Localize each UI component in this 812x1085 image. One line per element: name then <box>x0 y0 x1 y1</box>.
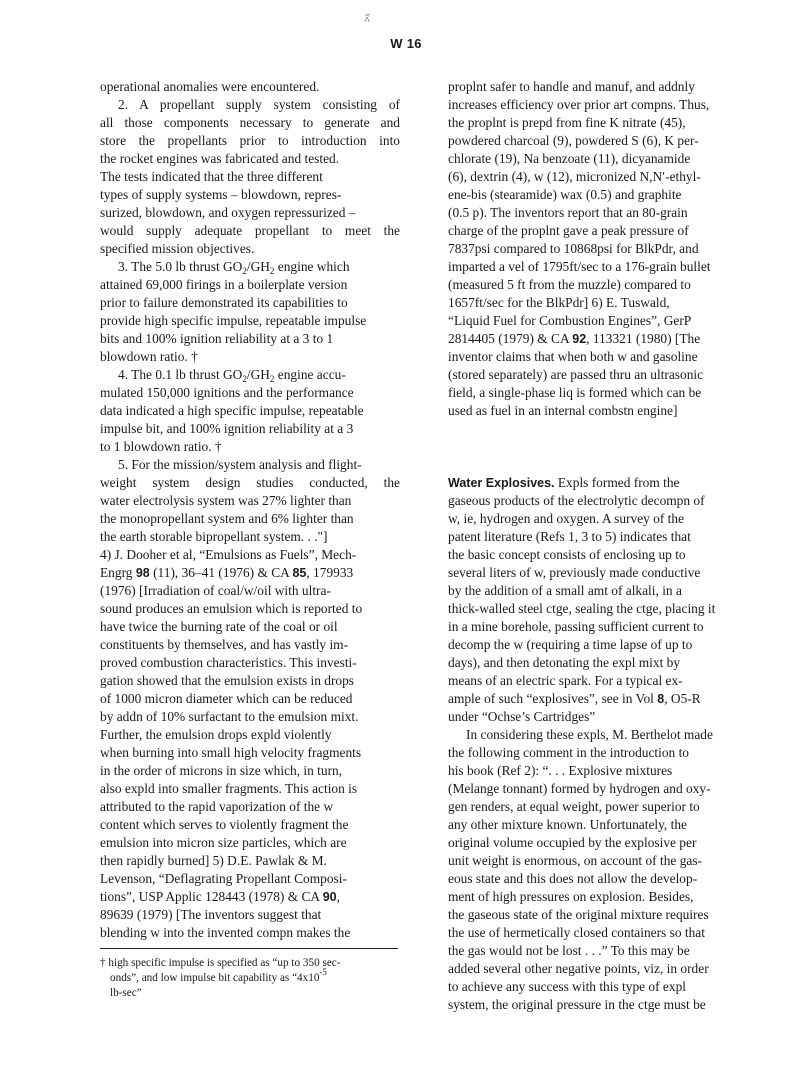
text-line: his book (Ref 2): “. . . Explosive mixtu… <box>448 762 748 780</box>
text-line: added several other negative points, viz… <box>448 960 748 978</box>
text-line: 2814405 (1979) & CA 92, 113321 (1980) [T… <box>448 330 748 348</box>
text-line: charge of the proplnt gave a peak pressu… <box>448 222 748 240</box>
text-line: (6), dextrin (4), w (12), micronized N,N… <box>448 168 748 186</box>
text-line: (stored separately) are passed thru an u… <box>448 366 748 384</box>
text-line: to 1 blowdown ratio. † <box>100 438 400 456</box>
text-line: gaseous products of the electrolytic dec… <box>448 492 748 510</box>
text-line: imparted a vel of 1795ft/sec to a 176-gr… <box>448 258 748 276</box>
text-line: the use of hermetically closed container… <box>448 924 748 942</box>
text-line: the gaseous state of the original mixtur… <box>448 906 748 924</box>
text-line: emulsion into micron size particles, whi… <box>100 834 400 852</box>
text-line: (0.5 p). The inventors report that an 80… <box>448 204 748 222</box>
text-line: the gas would not be lost . . .” To this… <box>448 942 748 960</box>
text-line: types of supply systems – blowdown, repr… <box>100 186 400 204</box>
text-line: bits and 100% ignition reliability at a … <box>100 330 400 348</box>
text-line: 4. The 0.1 lb thrust GO2/GH2 engine accu… <box>100 366 400 384</box>
text-line: blending w into the invented compn makes… <box>100 924 400 942</box>
text-line: chlorate (19), Na benzoate (11), dicyana… <box>448 150 748 168</box>
text-line: “Liquid Fuel for Combustion Engines”, Ge… <box>448 312 748 330</box>
text-line: ment of high pressures on explosion. Bes… <box>448 888 748 906</box>
text-line: decomp the w (requiring a time lapse of … <box>448 636 748 654</box>
text-line: water electrolysis system was 27% lighte… <box>100 492 400 510</box>
text-line: weight system design studies conducted, … <box>100 474 400 492</box>
text-line: sound produces an emulsion which is repo… <box>100 600 400 618</box>
text-line: specified mission objectives. <box>100 240 400 258</box>
text-line: of 1000 micron diameter which can be red… <box>100 690 400 708</box>
footnote-line: † high specific impulse is specified as … <box>100 956 400 971</box>
text-line: the earth storable bipropellant system. … <box>100 528 400 546</box>
reference-4-line: 4) J. Dooher et al, “Emulsions as Fuels”… <box>100 546 400 564</box>
text-line: w, ie, hydrogen and oxygen. A survey of … <box>448 510 748 528</box>
text-line: attributed to the rapid vaporization of … <box>100 798 400 816</box>
text-line: thick-walled steel ctge, sealing the ctg… <box>448 600 748 618</box>
text-line: patent literature (Refs 1, 3 to 5) indic… <box>448 528 748 546</box>
section-title: Water Explosives. <box>448 476 555 490</box>
text-line: (measured 5 ft from the muzzle) compared… <box>448 276 748 294</box>
left-column: operational anomalies were encountered. … <box>100 78 400 942</box>
text-line: provide high specific impulse, repeatabl… <box>100 312 400 330</box>
text-line: the proplnt is prepd from fine K nitrate… <box>448 114 748 132</box>
text-line: the following comment in the introductio… <box>448 744 748 762</box>
text-line: the basic concept consists of enclosing … <box>448 546 748 564</box>
text-line: store the propellants prior to introduct… <box>100 132 400 150</box>
text-line: content which serves to violently fragme… <box>100 816 400 834</box>
text-line: by addn of 10% surfactant to the emulsio… <box>100 708 400 726</box>
text-line: Levenson, “Deflagrating Propellant Compo… <box>100 870 400 888</box>
text-line: gation showed that the emulsion exists i… <box>100 672 400 690</box>
text-line: prior to failure demonstrated its capabi… <box>100 294 400 312</box>
text-line: days), and then detonating the expl mixt… <box>448 654 748 672</box>
footnote-divider <box>100 948 398 949</box>
text-line: 3. The 5.0 lb thrust GO2/GH2 engine whic… <box>100 258 400 276</box>
text-line: the monopropellant system and 6% lighter… <box>100 510 400 528</box>
text-line: surized, blowdown, and oxygen repressuri… <box>100 204 400 222</box>
text-line: blowdown ratio. † <box>100 348 400 366</box>
text-line: ene-bis (stearamide) wax (0.5) and graph… <box>448 186 748 204</box>
text-line: tions”, USP Applic 128443 (1978) & CA 90… <box>100 888 400 906</box>
text-line: The tests indicated that the three diffe… <box>100 168 400 186</box>
text-line: under “Ochse’s Cartridges” <box>448 708 748 726</box>
text-line: used as fuel in an internal combstn engi… <box>448 402 748 420</box>
text-line: to achieve any success with this type of… <box>448 978 748 996</box>
text-line: field, a single-phase liq is formed whic… <box>448 384 748 402</box>
text-line: ample of such “explosives”, see in Vol 8… <box>448 690 748 708</box>
text-line: gen renders, at equal weight, power supe… <box>448 798 748 816</box>
text-line: In considering these expls, M. Berthelot… <box>448 726 748 744</box>
section-heading-line: Water Explosives. Expls formed from the <box>448 474 748 492</box>
text-line: in the order of microns in size which, i… <box>100 762 400 780</box>
text-line: proved combustion characteristics. This … <box>100 654 400 672</box>
right-column: proplnt safer to handle and manuf, and a… <box>448 78 748 1014</box>
text-line: would supply adequate propellant to meet… <box>100 222 400 240</box>
page-header: W 16 <box>0 36 812 51</box>
text-line: increases efficiency over prior art comp… <box>448 96 748 114</box>
text-line: also expld into smaller fragments. This … <box>100 780 400 798</box>
reference-6-line: 1657ft/sec for the BlkPdr] 6) E. Tuswald… <box>448 294 748 312</box>
text-line: impulse bit, and 100% ignition reliabili… <box>100 420 400 438</box>
text-line: when burning into small high velocity fr… <box>100 744 400 762</box>
text-line: attained 69,000 firings in a boilerplate… <box>100 276 400 294</box>
text-line: means of an electric spark. For a typica… <box>448 672 748 690</box>
text-line: 89639 (1979) [The inventors suggest that <box>100 906 400 924</box>
text-line: proplnt safer to handle and manuf, and a… <box>448 78 748 96</box>
text-line: 7837psi compared to 10868psi for BlkPdr,… <box>448 240 748 258</box>
text-line: any other mixture known. Unfortunately, … <box>448 816 748 834</box>
text-line: eous state and this does not allow the d… <box>448 870 748 888</box>
text-line: Further, the emulsion drops expld violen… <box>100 726 400 744</box>
margin-mark: ᵞ˂ <box>363 13 371 22</box>
reference-5-line: then rapidly burned] 5) D.E. Pawlak & M. <box>100 852 400 870</box>
text-line: mulated 150,000 ignitions and the perfor… <box>100 384 400 402</box>
text-line: the rocket engines was fabricated and te… <box>100 150 400 168</box>
text-line: by the addition of a small amt of alkali… <box>448 582 748 600</box>
text-line: constituents by themselves, and has vast… <box>100 636 400 654</box>
document-page: ᵞ˂ W 16 operational anomalies were encou… <box>0 0 812 1085</box>
text-line: system, the original pressure in the ctg… <box>448 996 748 1014</box>
text-line: powdered charcoal (9), powdered S (6), K… <box>448 132 748 150</box>
text-line: in a mine borehole, passing sufficient c… <box>448 618 748 636</box>
text-line: inventor claims that when both w and gas… <box>448 348 748 366</box>
text-line: several liters of w, previously made con… <box>448 564 748 582</box>
text-line: operational anomalies were encountered. <box>100 78 400 96</box>
text-line: 2. A propellant supply system consisting… <box>100 96 400 114</box>
text-line: have twice the burning rate of the coal … <box>100 618 400 636</box>
text-line: 5. For the mission/system analysis and f… <box>100 456 400 474</box>
text-line: original volume occupied by the explosiv… <box>448 834 748 852</box>
text-line: all those components necessary to genera… <box>100 114 400 132</box>
text-line: data indicated a high specific impulse, … <box>100 402 400 420</box>
footnote: † high specific impulse is specified as … <box>100 956 400 1001</box>
footnote-line: onds”, and low impulse bit capability as… <box>100 971 400 986</box>
text-line: (1976) [Irradiation of coal/w/oil with u… <box>100 582 400 600</box>
text-line: (Melange tonnant) formed by hydrogen and… <box>448 780 748 798</box>
text-line: Engrg 98 (11), 36–41 (1976) & CA 85, 179… <box>100 564 400 582</box>
footnote-line: lb-sec” <box>100 986 400 1001</box>
text-line: unit weight is enormous, on account of t… <box>448 852 748 870</box>
